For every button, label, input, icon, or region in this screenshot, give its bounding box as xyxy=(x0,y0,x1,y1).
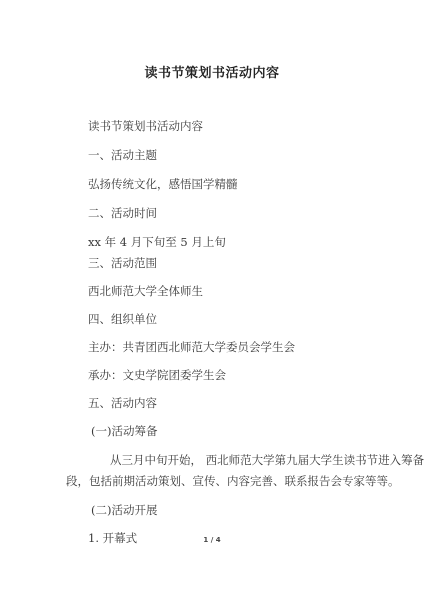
time-text: xx 年 4 月下旬至 5 月上旬 xyxy=(88,235,226,249)
co-host-text: 承办：文史学院团委学生会 xyxy=(88,368,226,382)
subsection-heading-execution: (二)活动开展 xyxy=(91,503,157,517)
page-number: 1 / 4 xyxy=(0,536,424,544)
subsection-heading-preparation: (一)活动筹备 xyxy=(91,424,157,438)
section-heading-time: 二、活动时间 xyxy=(88,206,157,220)
host-text: 主办：共青团西北师范大学委员会学生会 xyxy=(88,340,295,354)
theme-text: 弘扬传统文化，感悟国学精髓 xyxy=(88,177,238,191)
text-line-heading: 读书节策划书活动内容 xyxy=(88,119,203,133)
section-heading-scope: 三、活动范围 xyxy=(88,256,157,270)
section-heading-content: 五、活动内容 xyxy=(88,396,157,410)
section-heading-organizers: 四、组织单位 xyxy=(88,312,157,326)
document-title: 读书节策划书活动内容 xyxy=(0,62,424,81)
preparation-paragraph-line-2: 段，包括前期活动策划、宣传、内容完善、联系报告会专家等等。 xyxy=(66,474,400,488)
document-page: 读书节策划书活动内容 读书节策划书活动内容 一、活动主题 弘扬传统文化，感悟国学… xyxy=(0,0,424,600)
section-heading-theme: 一、活动主题 xyxy=(88,148,157,162)
scope-text: 西北师范大学全体师生 xyxy=(88,284,203,298)
preparation-paragraph-line-1: 从三月中旬开始， 西北师范大学第九届大学生读书节进入筹备阶 xyxy=(110,453,424,467)
